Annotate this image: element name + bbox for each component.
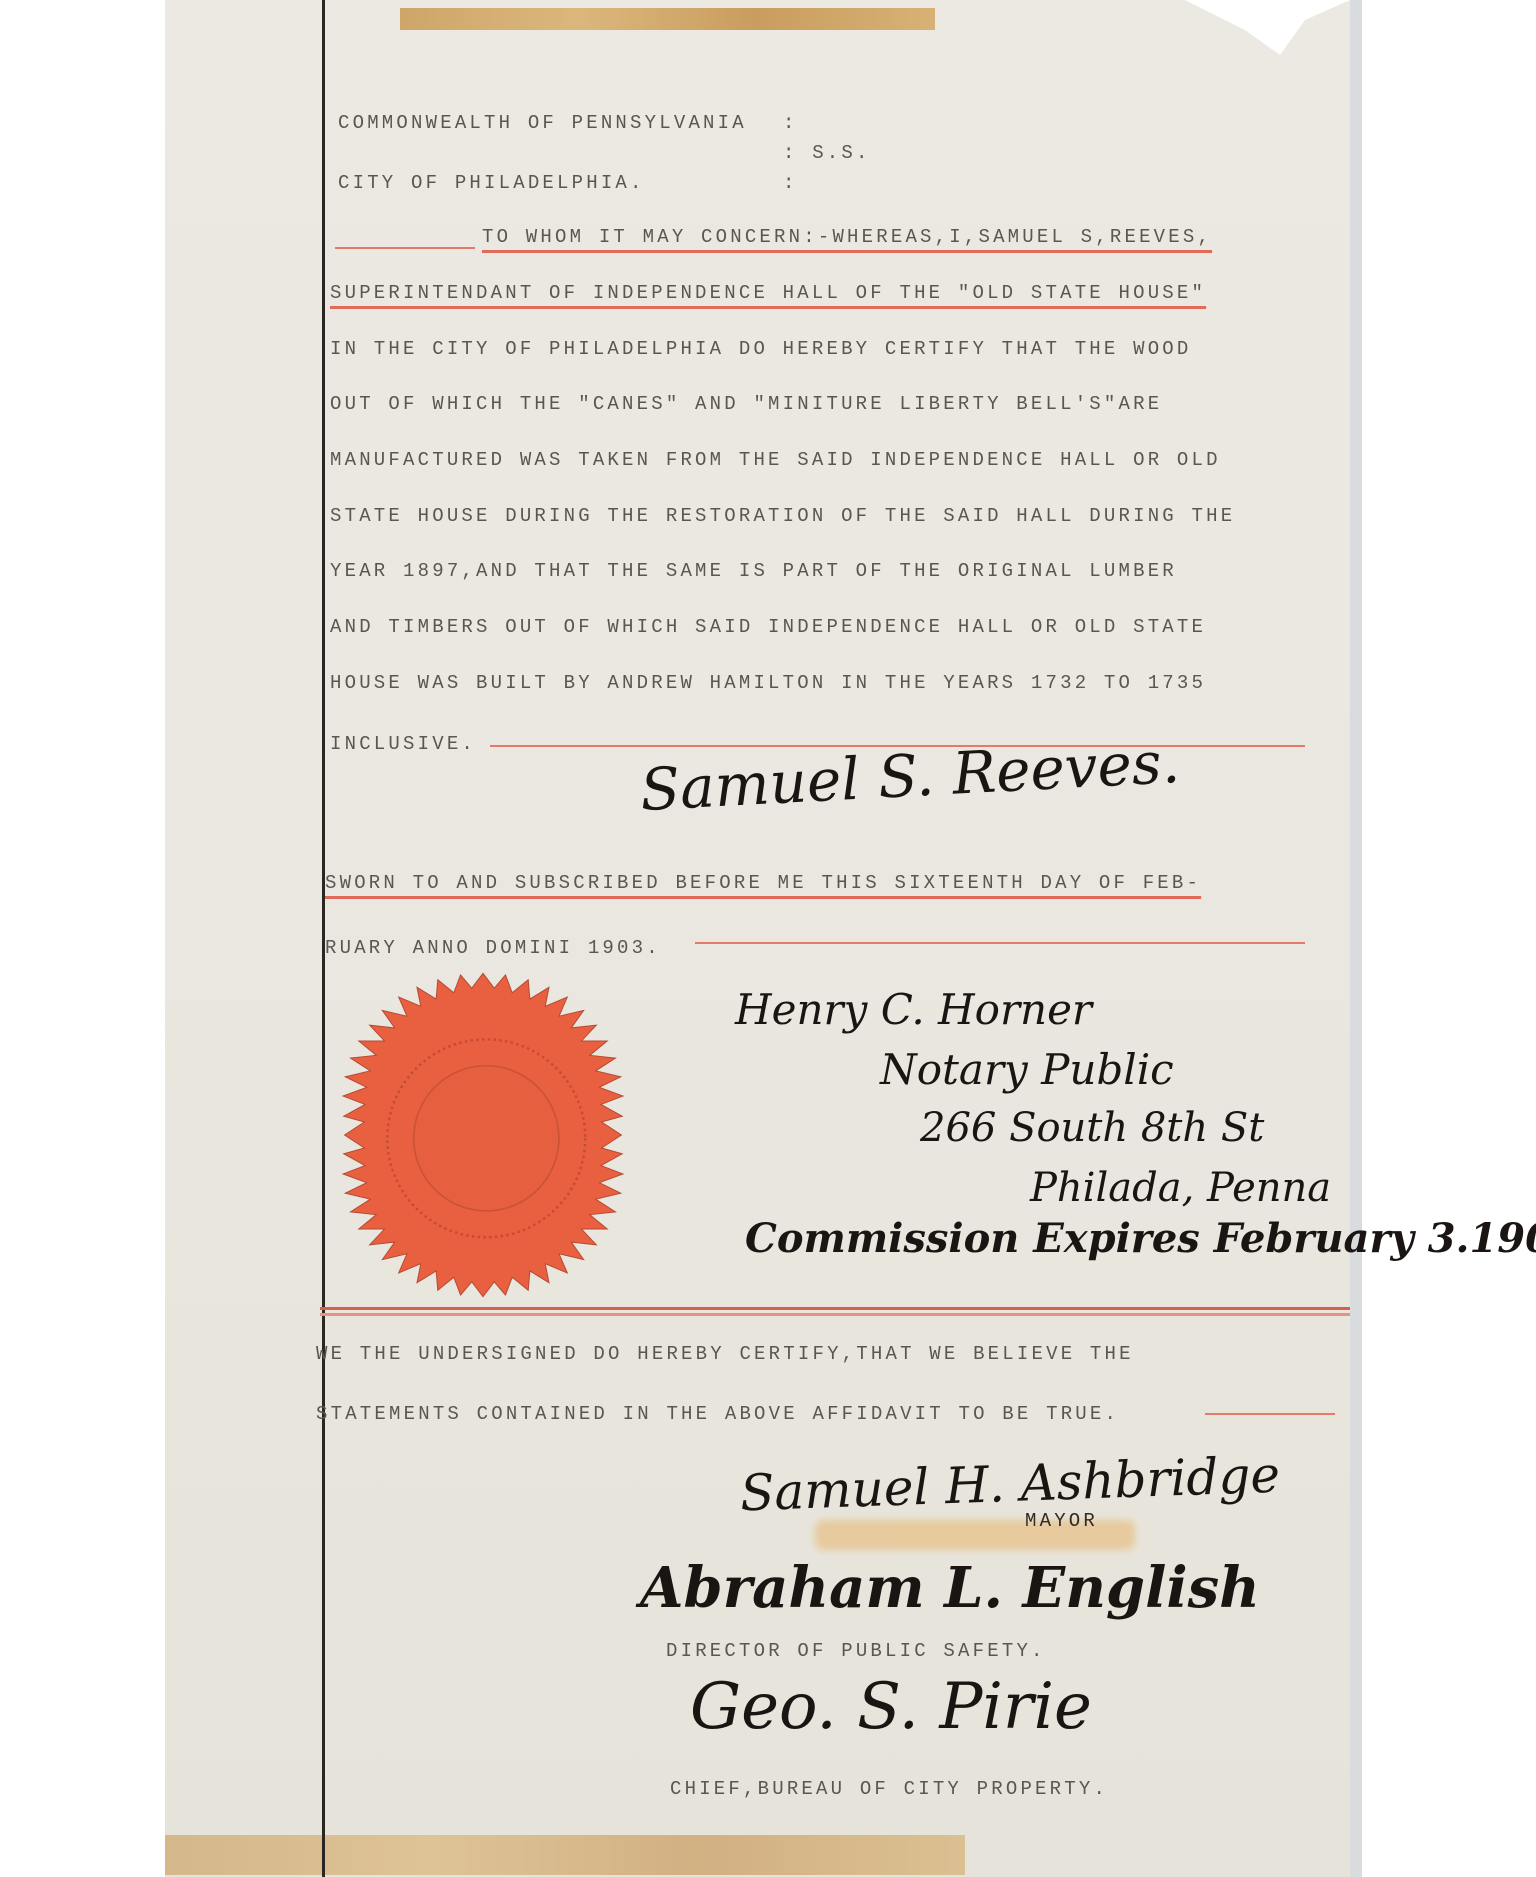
- affidavit-line-10: INCLUSIVE.: [330, 733, 476, 755]
- notary-address-street: 266 South 8th St: [920, 1105, 1264, 1151]
- paper-edge-shadow: [1350, 0, 1362, 1877]
- header-city: CITY OF PHILADELPHIA.: [338, 172, 645, 194]
- jurat-line-1: SWORN TO AND SUBSCRIBED BEFORE ME THIS S…: [325, 872, 1201, 894]
- jurat-end-rule: [695, 942, 1305, 944]
- certification-line-2: STATEMENTS CONTAINED IN THE ABOVE AFFIDA…: [316, 1403, 1119, 1425]
- header-ss: : S.S.: [783, 142, 871, 164]
- header-commonwealth: COMMONWEALTH OF PENNSYLVANIA: [338, 112, 747, 134]
- signature-chief: Geo. S. Pirie: [690, 1670, 1092, 1744]
- title-director: DIRECTOR OF PUBLIC SAFETY.: [666, 1640, 1046, 1662]
- tape-top: [400, 8, 935, 30]
- section-divider: [320, 1307, 1350, 1310]
- affidavit-line-6: STATE HOUSE DURING THE RESTORATION OF TH…: [330, 505, 1235, 527]
- affidavit-line-2: SUPERINTENDANT OF INDEPENDENCE HALL OF T…: [330, 282, 1206, 304]
- notary-commission: Commission Expires February 3.1907: [745, 1215, 1536, 1262]
- affidavit-line-3: IN THE CITY OF PHILADELPHIA DO HEREBY CE…: [330, 338, 1192, 360]
- affidavit-line-7: YEAR 1897,AND THAT THE SAME IS PART OF T…: [330, 560, 1177, 582]
- affidavit-line-9: HOUSE WAS BUILT BY ANDREW HAMILTON IN TH…: [330, 672, 1206, 694]
- affidavit-line-1: TO WHOM IT MAY CONCERN:-WHEREAS,I,SAMUEL…: [482, 226, 1212, 248]
- certification-line-1: WE THE UNDERSIGNED DO HEREBY CERTIFY,THA…: [316, 1343, 1134, 1365]
- header-colon-1: :: [783, 112, 798, 134]
- notary-seal-icon: [318, 970, 648, 1300]
- notary-title: Notary Public: [880, 1045, 1174, 1094]
- affidavit-line-4: OUT OF WHICH THE "CANES" AND "MINITURE L…: [330, 393, 1162, 415]
- header-colon-2: :: [783, 172, 798, 194]
- notary-name: Henry C. Horner: [735, 985, 1092, 1034]
- affidavit-line-5: MANUFACTURED WAS TAKEN FROM THE SAID IND…: [330, 449, 1221, 471]
- jurat-line-2: RUARY ANNO DOMINI 1903.: [325, 937, 661, 959]
- notary-address-city: Philada, Penna: [1030, 1165, 1331, 1211]
- signature-director: Abraham L. English: [640, 1555, 1260, 1621]
- tape-bottom: [165, 1835, 965, 1875]
- affidavit-line-8: AND TIMBERS OUT OF WHICH SAID INDEPENDEN…: [330, 616, 1206, 638]
- title-chief: CHIEF,BUREAU OF CITY PROPERTY.: [670, 1778, 1108, 1800]
- indent-rule: [335, 247, 475, 249]
- certification-end-rule: [1205, 1413, 1335, 1415]
- title-mayor: MAYOR: [1025, 1510, 1098, 1532]
